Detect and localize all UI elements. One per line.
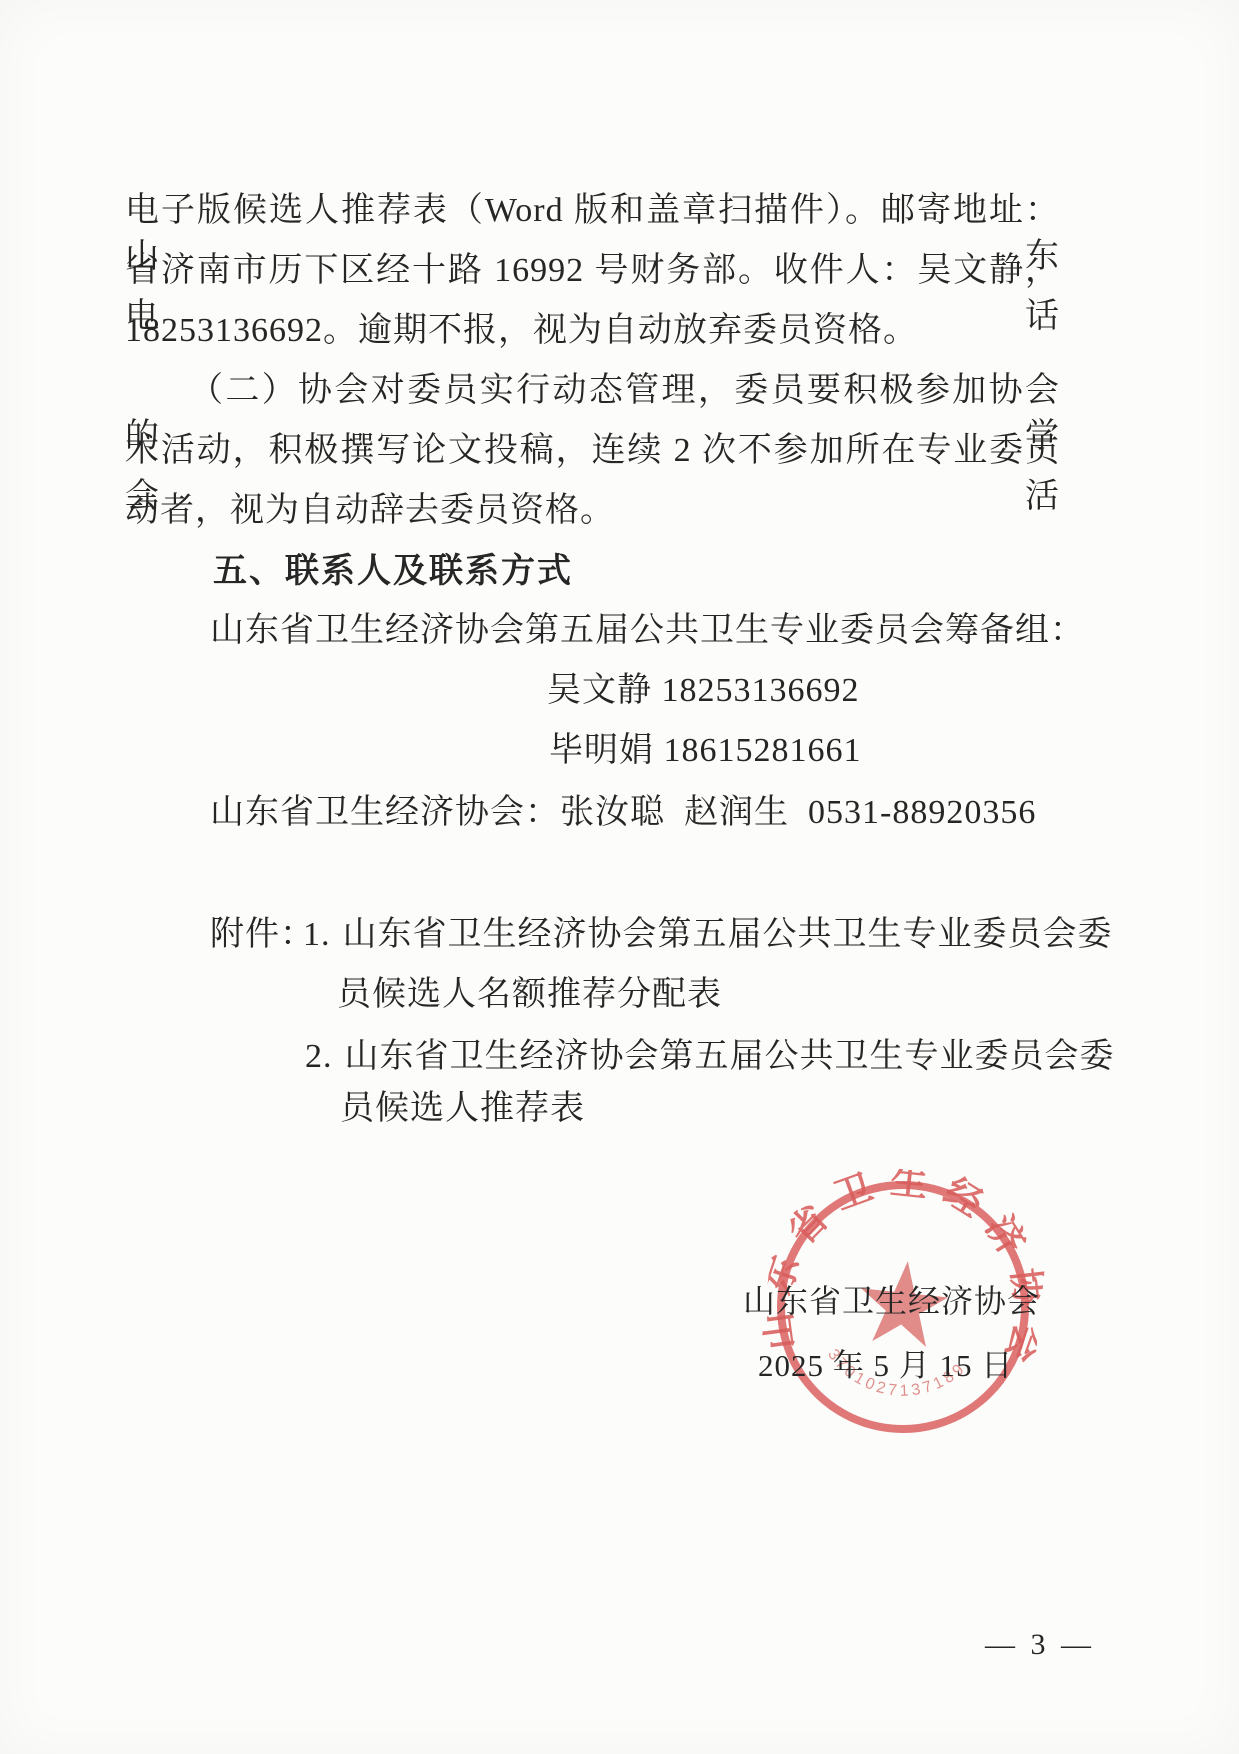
contact-1: 吴文静 18253136692: [547, 668, 860, 714]
signature-org: 山东省卫生经济协会: [743, 1276, 1040, 1322]
attachment-1-title-line2: 员候选人名额推荐分配表: [337, 972, 722, 1018]
para1-line3: 18253136692。逾期不报，视为自动放弃委员资格。: [125, 308, 918, 354]
attachment-2-title-line1: 山东省卫生经济协会第五届公共卫生专业委员会委: [345, 1034, 1115, 1080]
attachment-item-2: 2. 山东省卫生经济协会第五届公共卫生专业委员会委: [305, 1034, 1115, 1080]
page-number: — 3 —: [985, 1628, 1095, 1662]
document-page: 电子版候选人推荐表（Word 版和盖章扫描件）。邮寄地址：山东 省济南市历下区经…: [0, 0, 1239, 1754]
attachment-2-number: 2.: [305, 1034, 333, 1080]
signature-date: 2025 年 5 月 15 日: [758, 1340, 1013, 1385]
attachments-label: 附件：: [210, 912, 315, 958]
para2-line3: 动者，视为自动辞去委员资格。: [125, 488, 615, 534]
section-heading: 五、联系人及联系方式: [213, 548, 573, 594]
contact-group-intro: 山东省卫生经济协会第五届公共卫生专业委员会筹备组：: [210, 608, 1085, 654]
attachment-2-title-line2: 员候选人推荐表: [340, 1086, 585, 1132]
attachment-1-title-line1: 山东省卫生经济协会第五届公共卫生专业委员会委: [343, 912, 1113, 958]
association-contact-line: 山东省卫生经济协会：张汝聪 赵润生 0531-88920356: [210, 790, 1036, 836]
attachment-1-number: 1.: [303, 912, 331, 958]
contact-2: 毕明娟 18615281661: [549, 728, 862, 774]
attachment-item-1: 1. 山东省卫生经济协会第五届公共卫生专业委员会委: [303, 912, 1113, 958]
